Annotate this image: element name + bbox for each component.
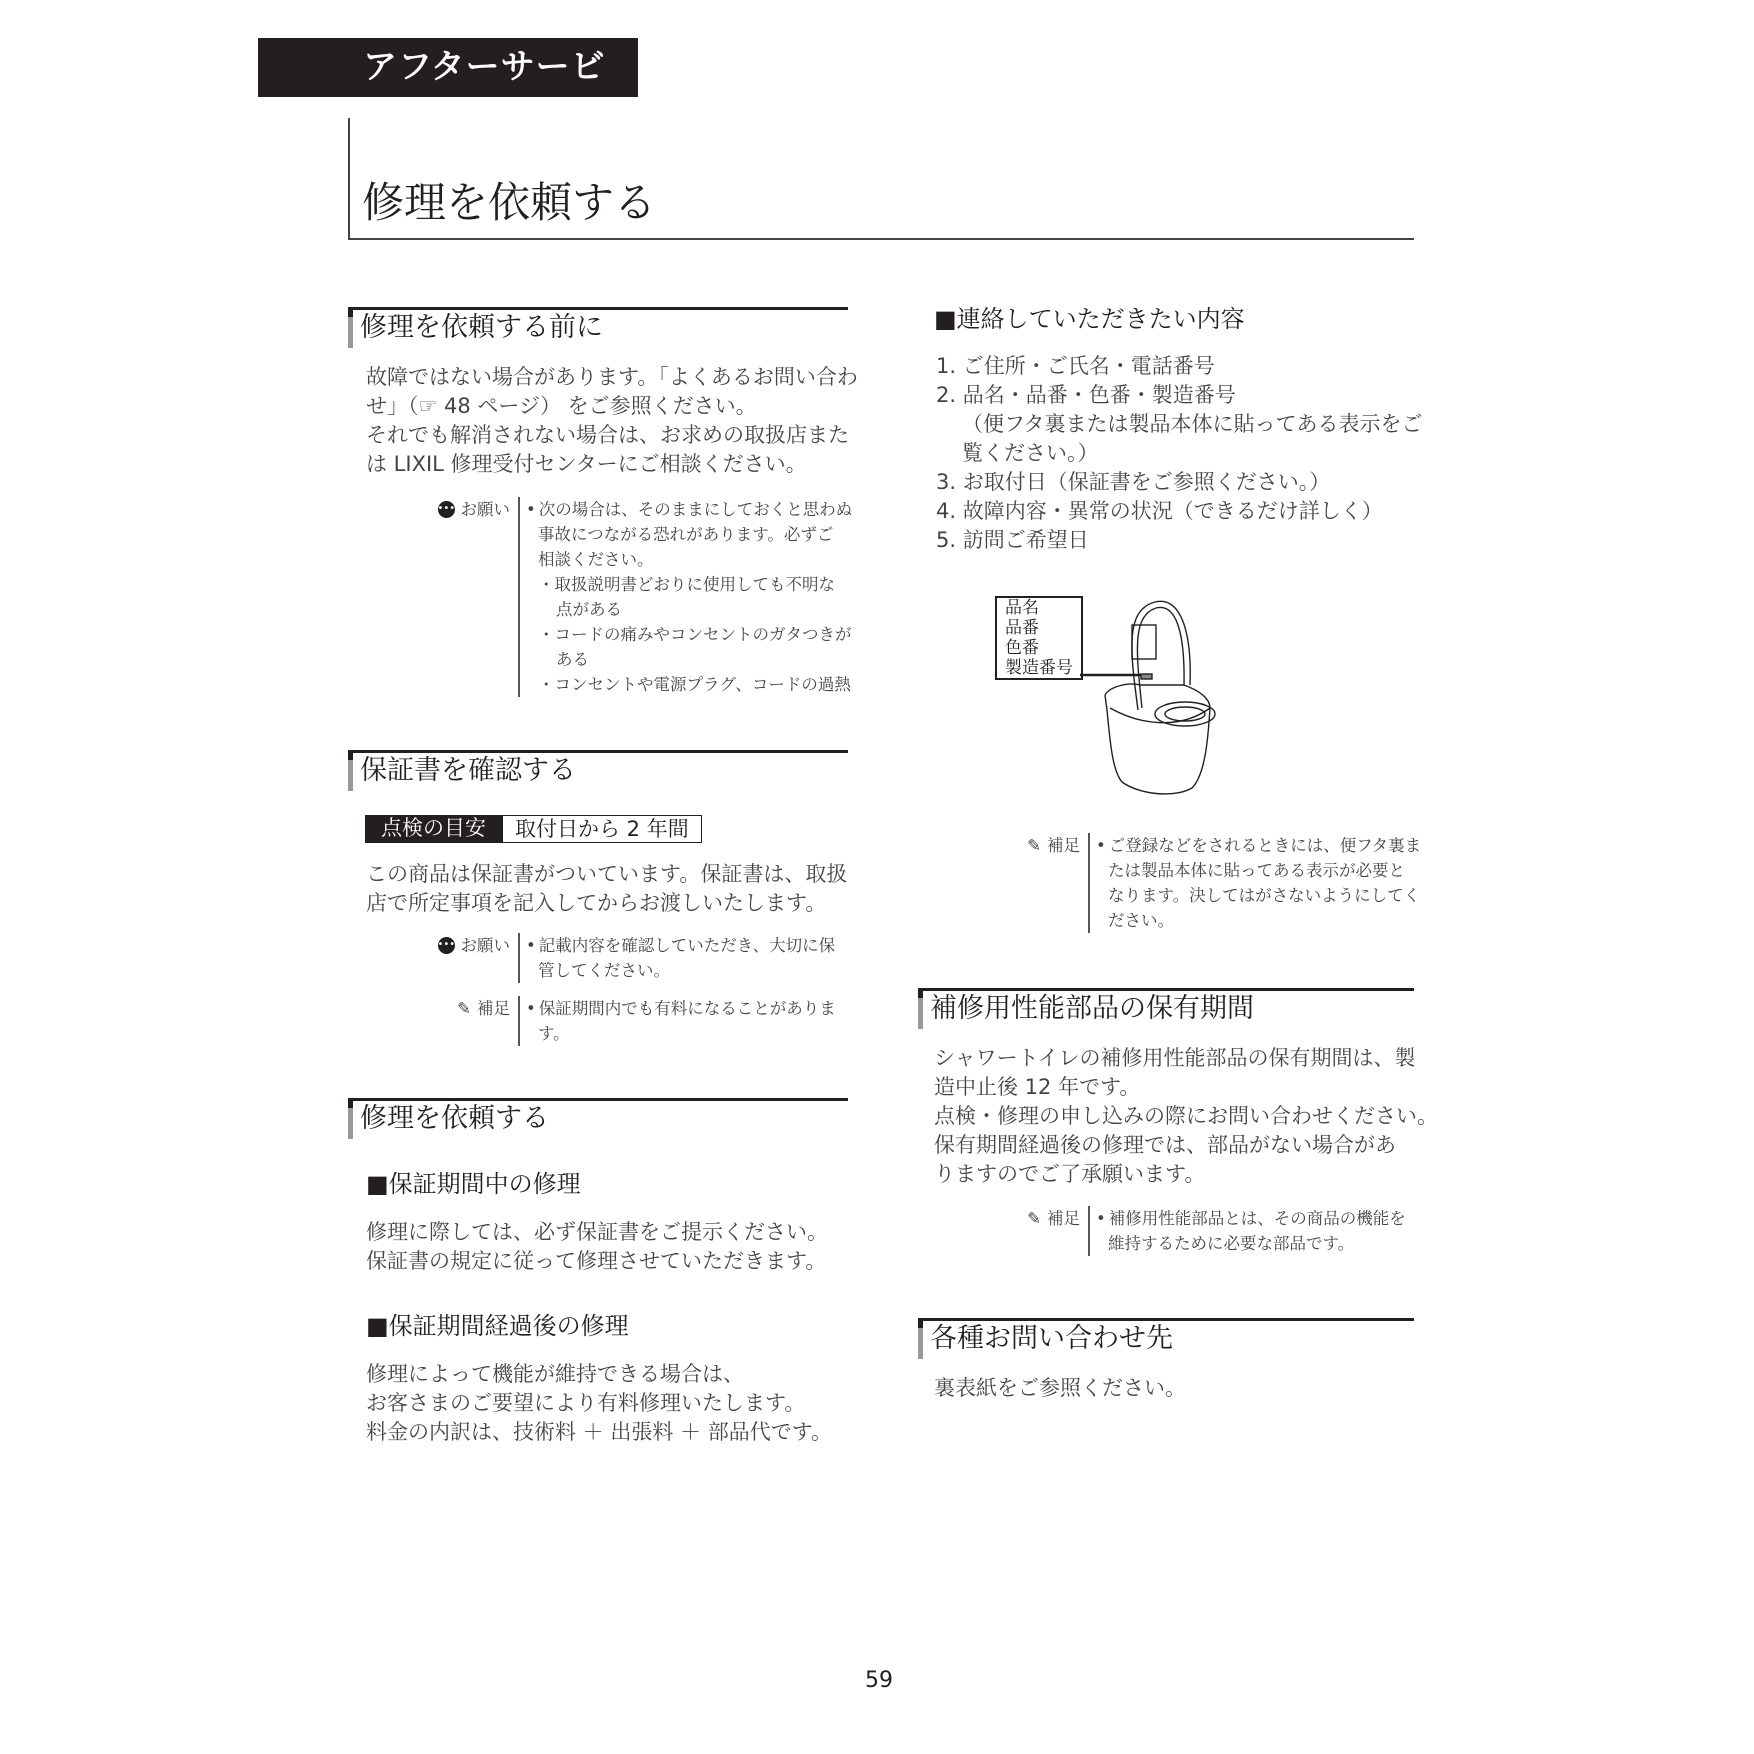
text-line: 保証書の規定に従って修理させていただきます。 <box>366 1247 828 1276</box>
before-repair-text: 故障ではない場合があります。「よくあるお問い合わ せ」（☞ 48 ページ） をご… <box>366 363 858 479</box>
note-request-warranty: ••• お願い 記載内容を確認していただき、大切に保 管してください。 <box>430 933 835 983</box>
note-line: 管してください。 <box>526 958 835 983</box>
toilet-illustration <box>1080 590 1240 805</box>
page-title: 修理を依頼する <box>362 176 656 230</box>
text-line: 料金の内訳は、技術料 ＋ 出張料 ＋ 部品代です。 <box>366 1418 832 1447</box>
note-supplement-parts: ✎ 補足 補修用性能部品とは、その商品の機能を 維持するために必要な部品です。 <box>1000 1206 1406 1256</box>
pencil-icon: ✎ <box>1027 833 1041 858</box>
diagram-label: 品名 <box>1005 598 1073 618</box>
list-item: 1. ご住所・ご氏名・電話番号 <box>936 352 1423 381</box>
note-line: ・取扱説明書どおりに使用しても不明な <box>526 572 852 597</box>
text-line: 造中止後 12 年です。 <box>934 1073 1438 1102</box>
list-item: 3. お取付日（保証書をご参照ください。） <box>936 468 1423 497</box>
note-label: ✎ 補足 <box>1000 833 1088 933</box>
text-line: 修理に際しては、必ず保証書をご提示ください。 <box>366 1218 828 1247</box>
heading-inquiries: 各種お問い合わせ先 <box>918 1318 1414 1357</box>
note-line: 補修用性能部品とは、その商品の機能を <box>1096 1206 1406 1231</box>
heading-text: 保証書を確認する <box>360 753 848 789</box>
note-line: ださい。 <box>1096 908 1421 933</box>
note-line: す。 <box>526 1021 836 1046</box>
list-item: 5. 訪問ご希望日 <box>936 526 1423 555</box>
note-label-text: 補足 <box>477 996 510 1021</box>
heading-before-repair: 修理を依頼する前に <box>348 307 848 346</box>
heading-during-warranty: ■保証期間中の修理 <box>366 1168 581 1200</box>
list-item-cont: （便フタ裏または製品本体に貼ってある表示をご <box>936 410 1423 439</box>
list-item: 2. 品名・品番・色番・製造番号 <box>936 381 1423 410</box>
text-line: 店で所定事項を記入してからお渡しいたします。 <box>366 889 847 918</box>
note-label-text: 補足 <box>1047 833 1080 858</box>
ellipsis-circle-icon: ••• <box>438 937 455 954</box>
diagram-label: 色番 <box>1005 638 1073 658</box>
note-label: ✎ 補足 <box>1000 1206 1088 1256</box>
heading-contact-info: ■連絡していただきたい内容 <box>934 303 1245 335</box>
title-rule-horizontal <box>348 238 1414 240</box>
note-label: ••• お願い <box>430 497 518 697</box>
note-request: ••• お願い 次の場合は、そのままにしておくと思わぬ 事故につながる恐れがあり… <box>430 497 852 697</box>
list-item: 4. 故障内容・異常の状況（できるだけ詳しく） <box>936 497 1423 526</box>
title-rule-vertical <box>348 118 350 240</box>
during-warranty-text: 修理に際しては、必ず保証書をご提示ください。 保証書の規定に従って修理させていた… <box>366 1218 828 1276</box>
text-line: 保有期間経過後の修理では、部品がない場合があ <box>934 1131 1438 1160</box>
parts-period-text: シャワートイレの補修用性能部品の保有期間は、製 造中止後 12 年です。 点検・… <box>934 1044 1438 1189</box>
heading-text: 各種お問い合わせ先 <box>930 1321 1414 1357</box>
note-line: なります。決してはがさないようにしてく <box>1096 883 1421 908</box>
heading-after-warranty: ■保証期間経過後の修理 <box>366 1310 629 1342</box>
note-label-text: お願い <box>461 933 511 958</box>
note-label: ✎ 補足 <box>430 996 518 1046</box>
note-line: 保証期間内でも有料になることがありま <box>526 996 836 1021</box>
inquiries-text: 裏表紙をご参照ください。 <box>934 1374 1186 1403</box>
text-line: この商品は保証書がついています。保証書は、取扱 <box>366 860 847 889</box>
list-item-cont: 覧ください。） <box>936 439 1423 468</box>
note-body: 記載内容を確認していただき、大切に保 管してください。 <box>518 933 835 983</box>
text-line: せ」（☞ 48 ページ） をご参照ください。 <box>366 392 858 421</box>
note-label-text: お願い <box>461 497 511 522</box>
note-body: 補修用性能部品とは、その商品の機能を 維持するために必要な部品です。 <box>1088 1206 1406 1256</box>
text-line: シャワートイレの補修用性能部品の保有期間は、製 <box>934 1044 1438 1073</box>
note-supplement-contact: ✎ 補足 ご登録などをされるときには、便フタ裏ま たは製品本体に貼ってある表示が… <box>1000 833 1421 933</box>
note-supplement-warranty: ✎ 補足 保証期間内でも有料になることがありま す。 <box>430 996 836 1046</box>
text-line: は LIXIL 修理受付センターにご相談ください。 <box>366 450 858 479</box>
inspection-badge: 点検の目安 取付日から 2 年間 <box>365 815 702 843</box>
note-line: ある <box>526 647 852 672</box>
note-line: 維持するために必要な部品です。 <box>1096 1231 1406 1256</box>
note-label: ••• お願い <box>430 933 518 983</box>
after-warranty-text: 修理によって機能が維持できる場合は、 お客さまのご要望により有料修理いたします。… <box>366 1360 832 1447</box>
warranty-text: この商品は保証書がついています。保証書は、取扱 店で所定事項を記入してからお渡し… <box>366 860 847 918</box>
diagram-label: 製造番号 <box>1005 658 1073 678</box>
contact-info-list: 1. ご住所・ご氏名・電話番号 2. 品名・品番・色番・製造番号 （便フタ裏また… <box>936 352 1423 555</box>
note-line: 記載内容を確認していただき、大切に保 <box>526 933 835 958</box>
note-body: ご登録などをされるときには、便フタ裏ま たは製品本体に貼ってある表示が必要と な… <box>1088 833 1421 933</box>
note-line: 次の場合は、そのままにしておくと思わぬ <box>526 497 852 522</box>
text-line: 点検・修理の申し込みの際にお問い合わせください。 <box>934 1102 1438 1131</box>
heading-text: 修理を依頼する <box>360 1101 848 1137</box>
text-line: それでも解消されない場合は、お求めの取扱店また <box>366 421 858 450</box>
note-body: 次の場合は、そのままにしておくと思わぬ 事故につながる恐れがあります。必ずご 相… <box>518 497 852 697</box>
heading-parts-period: 補修用性能部品の保有期間 <box>918 988 1414 1027</box>
note-line: 相談ください。 <box>526 547 852 572</box>
text-line: りますのでご了承願います。 <box>934 1160 1438 1189</box>
note-line: 点がある <box>526 597 852 622</box>
pencil-icon: ✎ <box>457 996 471 1021</box>
text-line: お客さまのご要望により有料修理いたします。 <box>366 1389 832 1418</box>
text-line: 裏表紙をご参照ください。 <box>934 1374 1186 1403</box>
section-tab: アフターサービス <box>258 38 638 97</box>
badge-label: 点検の目安 <box>365 815 502 843</box>
note-body: 保証期間内でも有料になることがありま す。 <box>518 996 836 1046</box>
text-line: 故障ではない場合があります。「よくあるお問い合わ <box>366 363 858 392</box>
heading-warranty: 保証書を確認する <box>348 750 848 789</box>
diagram-label-box: 品名 品番 色番 製造番号 <box>995 596 1083 680</box>
page-number: 59 <box>865 1668 893 1693</box>
pencil-icon: ✎ <box>1027 1206 1041 1231</box>
note-line: 事故につながる恐れがあります。必ずご <box>526 522 852 547</box>
badge-value: 取付日から 2 年間 <box>502 815 702 843</box>
ellipsis-circle-icon: ••• <box>438 501 455 518</box>
note-line: ・コンセントや電源プラグ、コードの過熱 <box>526 672 852 697</box>
diagram-label: 品番 <box>1005 618 1073 638</box>
heading-text: 修理を依頼する前に <box>360 310 848 346</box>
note-line: たは製品本体に貼ってある表示が必要と <box>1096 858 1421 883</box>
text-line: 修理によって機能が維持できる場合は、 <box>366 1360 832 1389</box>
heading-text: 補修用性能部品の保有期間 <box>930 991 1414 1027</box>
note-label-text: 補足 <box>1047 1206 1080 1231</box>
heading-request-repair: 修理を依頼する <box>348 1098 848 1137</box>
note-line: ご登録などをされるときには、便フタ裏ま <box>1096 833 1421 858</box>
note-line: ・コードの痛みやコンセントのガタつきが <box>526 622 852 647</box>
